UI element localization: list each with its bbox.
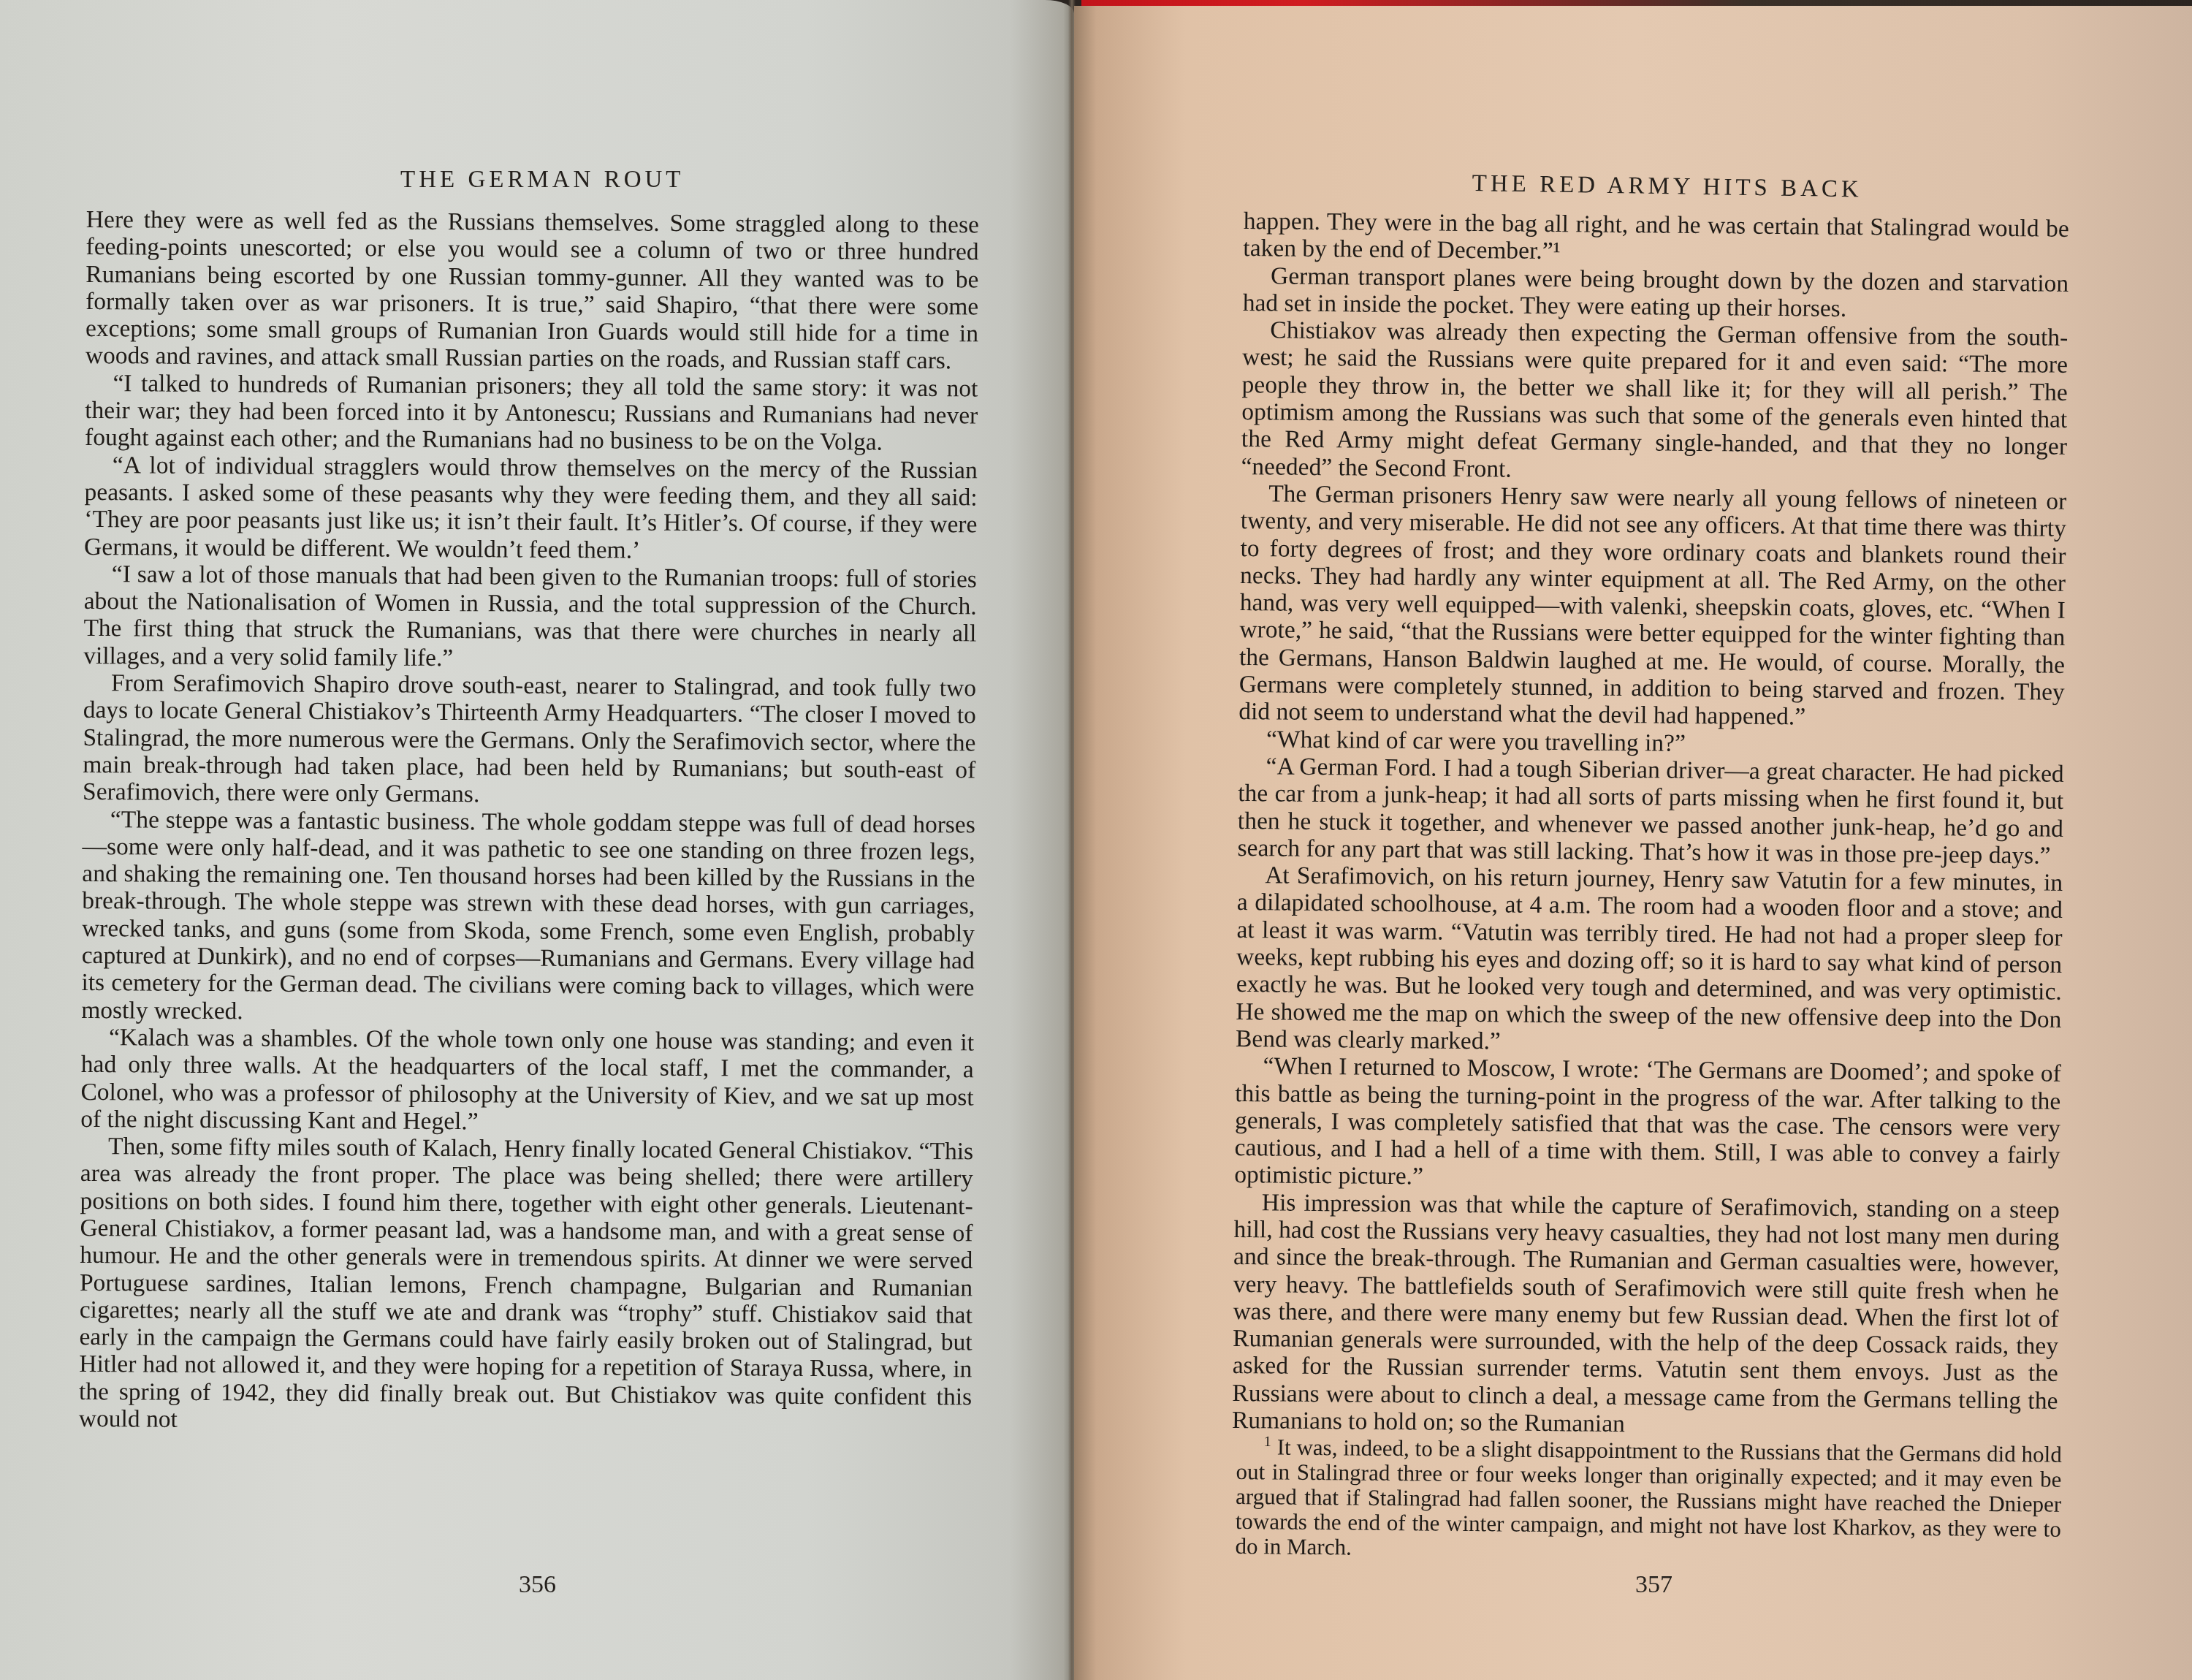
paragraph: German transport planes were being broug… bbox=[1243, 262, 2069, 324]
paragraph: “A German Ford. I had a tough Siberian d… bbox=[1237, 753, 2063, 870]
running-head-right: THE RED ARMY HITS BACK bbox=[1472, 170, 1862, 203]
page-number-right: 357 bbox=[1635, 1571, 1672, 1599]
paragraph: happen. They were in the bag all right, … bbox=[1243, 208, 2069, 270]
left-page-body: Here they were as well fed as the Russia… bbox=[79, 206, 979, 1438]
footnote-text: It was, indeed, to be a slight disappoin… bbox=[1235, 1434, 2062, 1560]
paragraph: “I saw a lot of those manuals that had b… bbox=[83, 560, 977, 675]
page-number-left: 356 bbox=[519, 1571, 556, 1599]
paragraph: “Kalach was a shambles. Of the whole tow… bbox=[80, 1024, 974, 1139]
paragraph: Then, some fifty miles south of Kalach, … bbox=[79, 1133, 973, 1438]
paragraph: Chistiakov was already then expecting th… bbox=[1241, 316, 2068, 488]
running-head-left: THE GERMAN ROUT bbox=[400, 167, 684, 194]
paragraph: “A lot of individual stragglers would th… bbox=[84, 452, 978, 566]
paragraph: “I talked to hundreds of Rumanian prison… bbox=[85, 370, 978, 457]
paragraph: From Serafimovich Shapiro drove south-ea… bbox=[83, 669, 976, 811]
left-page: THE GERMAN ROUT Here they were as well f… bbox=[0, 0, 1074, 1680]
right-page-body: happen. They were in the bag all right, … bbox=[1232, 208, 2069, 1442]
paragraph: His impression was that while the captur… bbox=[1232, 1189, 2060, 1443]
right-page: THE RED ARMY HITS BACK happen. They were… bbox=[1074, 6, 2192, 1680]
paragraph: At Serafimovich, on his return journey, … bbox=[1236, 862, 2063, 1060]
paragraph: “When I returned to Moscow, I wrote: ‘Th… bbox=[1234, 1052, 2061, 1196]
paragraph: Here they were as well fed as the Russia… bbox=[85, 206, 979, 375]
paragraph: The German prisoners Henry saw were near… bbox=[1238, 480, 2066, 734]
paragraph: “The steppe was a fantastic business. Th… bbox=[81, 806, 975, 1030]
footnote: 1 It was, indeed, to be a slight disappo… bbox=[1235, 1434, 2062, 1567]
footnote-marker: 1 bbox=[1264, 1434, 1271, 1450]
